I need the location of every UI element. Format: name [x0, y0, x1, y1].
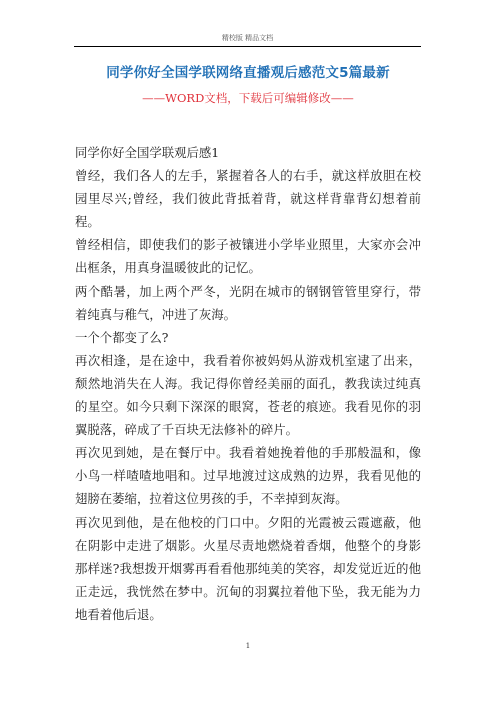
paragraph: 曾经相信，即使我们的影子被镶进小学毕业照里，大家亦会冲出框条，用真身温暖彼此的记…: [75, 233, 421, 279]
paragraph: 再次见到他，是在他校的门口中。夕阳的光霞被云霞遮蔽，他在阴影中走进了烟影。火星尽…: [75, 511, 421, 626]
page-header: 精校版 精品文档: [74, 33, 421, 43]
section-heading: 同学你好全国学联观后感1: [75, 141, 421, 164]
header-divider: [74, 46, 421, 47]
paragraph: 两个酷暑，加上两个严冬，光阴在城市的钢钢管管里穿行，带着纯真与稚气，冲进了灰海。: [75, 280, 421, 326]
paragraph: 再次见到她，是在餐厅中。我看着她挽着他的手那般温和，像小鸟一样喳喳地唱和。过早地…: [75, 441, 421, 510]
paragraph: 一个个都变了么?: [75, 326, 421, 349]
document-title: 同学你好全国学联网络直播观后感范文5篇最新: [60, 63, 436, 83]
document-subtitle: ——WORD文档，下载后可编辑修改——: [60, 90, 436, 106]
page-number: 1: [236, 640, 260, 652]
document-body: 同学你好全国学联观后感1 曾经，我们各人的左手，紧握着各人的右手，就这样放胆在校…: [75, 141, 421, 626]
paragraph: 再次相逢，是在途中，我看着你被妈妈从游戏机室逮了出来，颓然地消失在人海。我记得你…: [75, 349, 421, 441]
paragraph: 曾经，我们各人的左手，紧握着各人的右手，就这样放胆在校园里尽兴;曾经，我们彼此背…: [75, 164, 421, 233]
